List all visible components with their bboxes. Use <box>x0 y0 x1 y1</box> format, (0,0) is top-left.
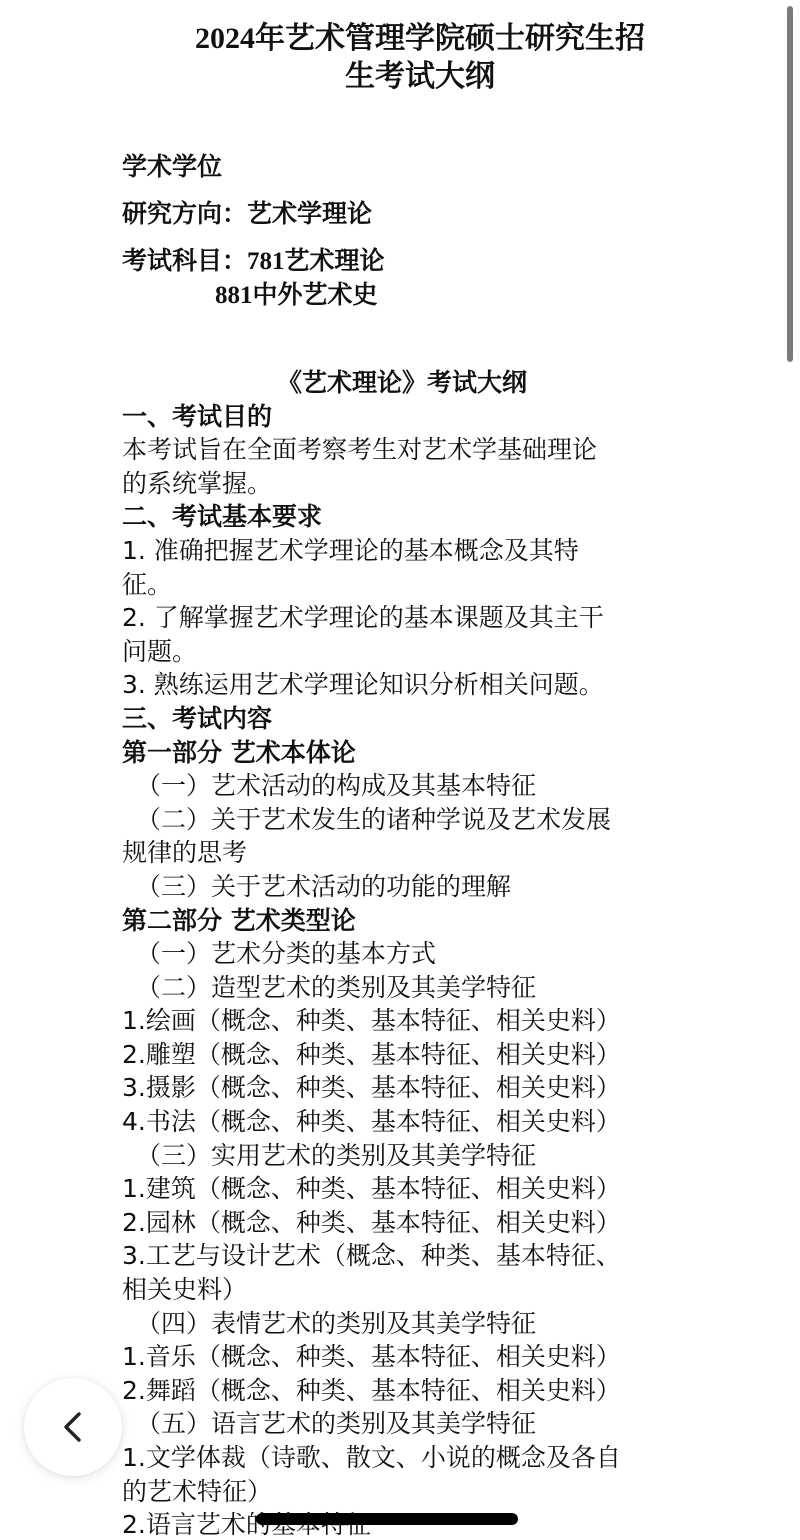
back-button[interactable] <box>24 1378 122 1476</box>
syllabus-line: 3.工艺与设计艺术（概念、种类、基本特征、 <box>122 1239 682 1273</box>
exam-subject-1-name: 艺术理论 <box>285 246 385 275</box>
syllabus-line: 2. 了解掌握艺术学理论的基本课题及其主干 <box>122 601 682 635</box>
degree-type: 学术学位 <box>122 150 222 184</box>
section-heading: 第一部分 艺术本体论 <box>122 736 682 770</box>
title-line-2: 生考试大纲 <box>140 58 700 96</box>
syllabus-line: 4.书法（概念、种类、基本特征、相关史料） <box>122 1105 682 1139</box>
document-title: 2024年艺术管理学院硕士研究生招 生考试大纲 <box>140 20 700 96</box>
document-viewer: 2024年艺术管理学院硕士研究生招 生考试大纲 学术学位 研究方向：艺术学理论 … <box>0 0 800 1540</box>
research-direction: 研究方向：艺术学理论 <box>122 197 372 231</box>
syllabus-line: 1. 准确把握艺术学理论的基本概念及其特 <box>122 534 682 568</box>
syllabus-line: 相关史料） <box>122 1273 682 1307</box>
syllabus-line: 的艺术特征） <box>122 1475 682 1509</box>
vertical-scrollbar[interactable] <box>787 6 793 362</box>
syllabus-line: 1.文学体裁（诗歌、散文、小说的概念及各自 <box>122 1441 682 1475</box>
syllabus-line: 2.园林（概念、种类、基本特征、相关史料） <box>122 1206 682 1240</box>
syllabus-line: （一）艺术分类的基本方式 <box>122 937 682 971</box>
syllabus-line: （三）实用艺术的类别及其美学特征 <box>122 1139 682 1173</box>
research-direction-value: 艺术学理论 <box>247 199 372 228</box>
syllabus-line: （二）造型艺术的类别及其美学特征 <box>122 971 682 1005</box>
syllabus-line: 1.绘画（概念、种类、基本特征、相关史料） <box>122 1004 682 1038</box>
section-heading: 二、考试基本要求 <box>122 500 682 534</box>
title-line-1: 2024年艺术管理学院硕士研究生招 <box>140 20 700 58</box>
syllabus-line: 3. 熟练运用艺术学理论知识分析相关问题。 <box>122 668 682 702</box>
syllabus-line: （三）关于艺术活动的功能的理解 <box>122 870 682 904</box>
syllabus-line: 3.摄影（概念、种类、基本特征、相关史料） <box>122 1071 682 1105</box>
section-heading: 《艺术理论》考试大纲 <box>122 366 682 400</box>
home-indicator[interactable] <box>256 1513 518 1525</box>
exam-subject-2-code: 881 <box>215 282 253 309</box>
syllabus-body: 《艺术理论》考试大纲一、考试目的本考试旨在全面考察考生对艺术学基础理论的系统掌握… <box>122 366 682 1540</box>
section-heading: 第二部分 艺术类型论 <box>122 904 682 938</box>
exam-subject-1-code: 781 <box>247 248 285 275</box>
syllabus-line: （一）艺术活动的构成及其基本特征 <box>122 769 682 803</box>
exam-subject-2-name: 中外艺术史 <box>253 280 378 309</box>
exam-subjects: 考试科目：781艺术理论 <box>122 244 385 279</box>
syllabus-line: 2.舞蹈（概念、种类、基本特征、相关史料） <box>122 1374 682 1408</box>
syllabus-line: 的系统掌握。 <box>122 467 682 501</box>
exam-subjects-label: 考试科目： <box>122 246 247 275</box>
syllabus-line: 2.雕塑（概念、种类、基本特征、相关史料） <box>122 1038 682 1072</box>
research-direction-label: 研究方向： <box>122 199 247 228</box>
syllabus-line: （五）语言艺术的类别及其美学特征 <box>122 1407 682 1441</box>
section-heading: 三、考试内容 <box>122 702 682 736</box>
chevron-left-icon <box>55 1409 91 1445</box>
syllabus-line: 问题。 <box>122 635 682 669</box>
syllabus-line: 本考试旨在全面考察考生对艺术学基础理论 <box>122 433 682 467</box>
syllabus-line: （二）关于艺术发生的诸种学说及艺术发展 <box>122 803 682 837</box>
syllabus-line: （四）表情艺术的类别及其美学特征 <box>122 1307 682 1341</box>
syllabus-line: 1.音乐（概念、种类、基本特征、相关史料） <box>122 1340 682 1374</box>
section-heading: 一、考试目的 <box>122 400 682 434</box>
syllabus-line: 规律的思考 <box>122 836 682 870</box>
syllabus-line: 1.建筑（概念、种类、基本特征、相关史料） <box>122 1172 682 1206</box>
exam-subject-2: 881中外艺术史 <box>215 278 378 313</box>
syllabus-line: 征。 <box>122 568 682 602</box>
